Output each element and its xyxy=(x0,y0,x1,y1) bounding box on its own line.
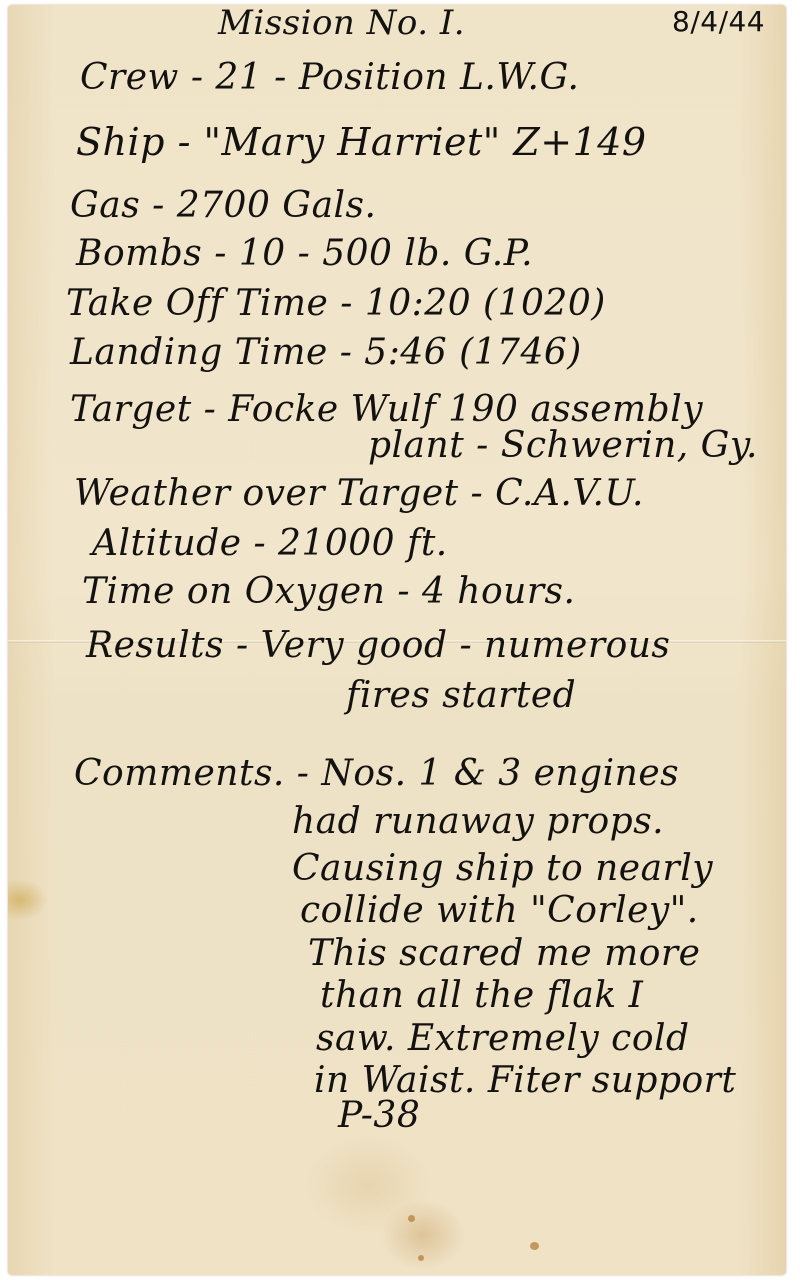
landing-time-line: Landing Time - 5:46 (1746) xyxy=(70,332,582,373)
target-line-2: plant - Schwerin, Gy. xyxy=(368,425,758,466)
weather-line: Weather over Target - C.A.V.U. xyxy=(74,473,644,514)
comments-line-6: than all the flak I xyxy=(320,975,643,1016)
comments-line-5: This scared me more xyxy=(308,933,700,974)
gas-line: Gas - 2700 Gals. xyxy=(70,185,376,226)
comments-line-2: had runaway props. xyxy=(292,801,664,842)
comments-line-7: saw. Extremely cold xyxy=(316,1018,690,1059)
altitude-line: Altitude - 21000 ft. xyxy=(92,523,448,564)
crew-line: Crew - 21 - Position L.W.G. xyxy=(80,57,579,98)
bombs-line: Bombs - 10 - 500 lb. G.P. xyxy=(76,233,533,274)
comments-line-3: Causing ship to nearly xyxy=(292,848,713,889)
comments-line-9: P-38 xyxy=(338,1095,420,1136)
stain-spot xyxy=(418,1255,424,1261)
mission-title: Mission No. I. xyxy=(218,3,465,43)
results-line-2: fires started xyxy=(346,675,576,716)
comments-line-1: Comments. - Nos. 1 & 3 engines xyxy=(74,753,679,794)
oxygen-line: Time on Oxygen - 4 hours. xyxy=(82,571,575,612)
takeoff-time-line: Take Off Time - 10:20 (1020) xyxy=(66,283,606,324)
results-line-1: Results - Very good - numerous xyxy=(86,625,670,666)
ship-line: Ship - "Mary Harriet" Z+149 xyxy=(76,120,647,164)
stain-spot xyxy=(530,1242,539,1250)
stain-spot xyxy=(408,1215,415,1222)
handwritten-mission-log-page: Mission No. I. 8/4/44 Crew - 21 - Positi… xyxy=(8,5,786,1275)
mission-date: 8/4/44 xyxy=(672,5,765,38)
target-line-1: Target - Focke Wulf 190 assembly xyxy=(70,389,703,430)
comments-line-4: collide with "Corley". xyxy=(300,890,699,931)
